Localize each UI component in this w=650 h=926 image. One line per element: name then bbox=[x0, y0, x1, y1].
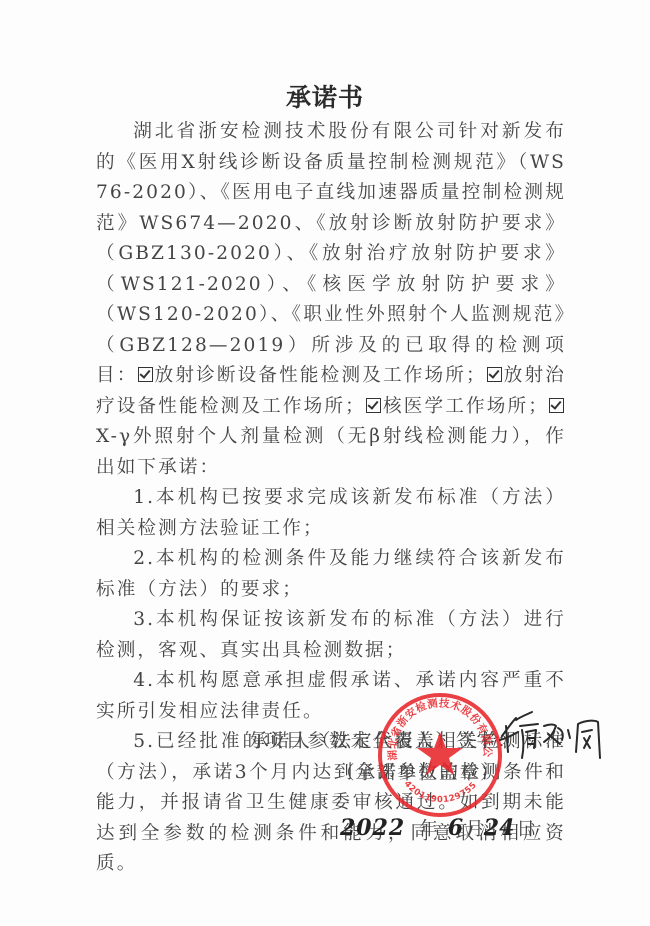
checkbox-checked-icon bbox=[366, 398, 381, 413]
commitment-3: 3.本机构保证按该新发布的标准（方法）进行检测，客观、真实出具检测数据； bbox=[96, 605, 566, 666]
seal-code-text: 4201190129755 bbox=[402, 779, 479, 805]
year-label: 年 bbox=[419, 819, 438, 840]
company-seal-icon: 湖北省浙安检测技术股份有限公司 4201190129755 bbox=[375, 690, 505, 820]
day-label: 日 bbox=[516, 819, 535, 840]
document-title: 承诺书 bbox=[0, 78, 650, 114]
checkbox-checked-icon bbox=[138, 367, 153, 382]
month-label: 月 bbox=[465, 819, 484, 840]
commitment-2: 2.本机构的检测条件及能力继续符合该新发布标准（方法）的要求； bbox=[96, 544, 566, 605]
checkbox-checked-icon bbox=[487, 367, 502, 382]
handwritten-signature bbox=[498, 708, 608, 768]
scope-item-3: 核医学工作场所； bbox=[383, 396, 549, 417]
document-page: 承诺书 湖北省浙安检测技术股份有限公司针对新发布的《医用X射线诊断设备质量控制检… bbox=[0, 0, 650, 926]
scope-item-4: X-γ外照射个人剂量检测（无β射线检测能力），作出如下承诺： bbox=[96, 426, 566, 478]
scope-item-1: 放射诊断设备性能检测及工作场所； bbox=[155, 365, 487, 386]
intro-text: 湖北省浙安检测技术股份有限公司针对新发布的《医用X射线诊断设备质量控制检测规范》… bbox=[96, 121, 566, 386]
checkbox-checked-icon bbox=[549, 398, 564, 413]
intro-paragraph: 湖北省浙安检测技术股份有限公司针对新发布的《医用X射线诊断设备质量控制检测规范》… bbox=[96, 117, 566, 483]
commitment-1: 1.本机构已按要求完成该新发布标准（方法）相关检测方法验证工作； bbox=[96, 483, 566, 544]
svg-text:4201190129755: 4201190129755 bbox=[402, 779, 479, 805]
